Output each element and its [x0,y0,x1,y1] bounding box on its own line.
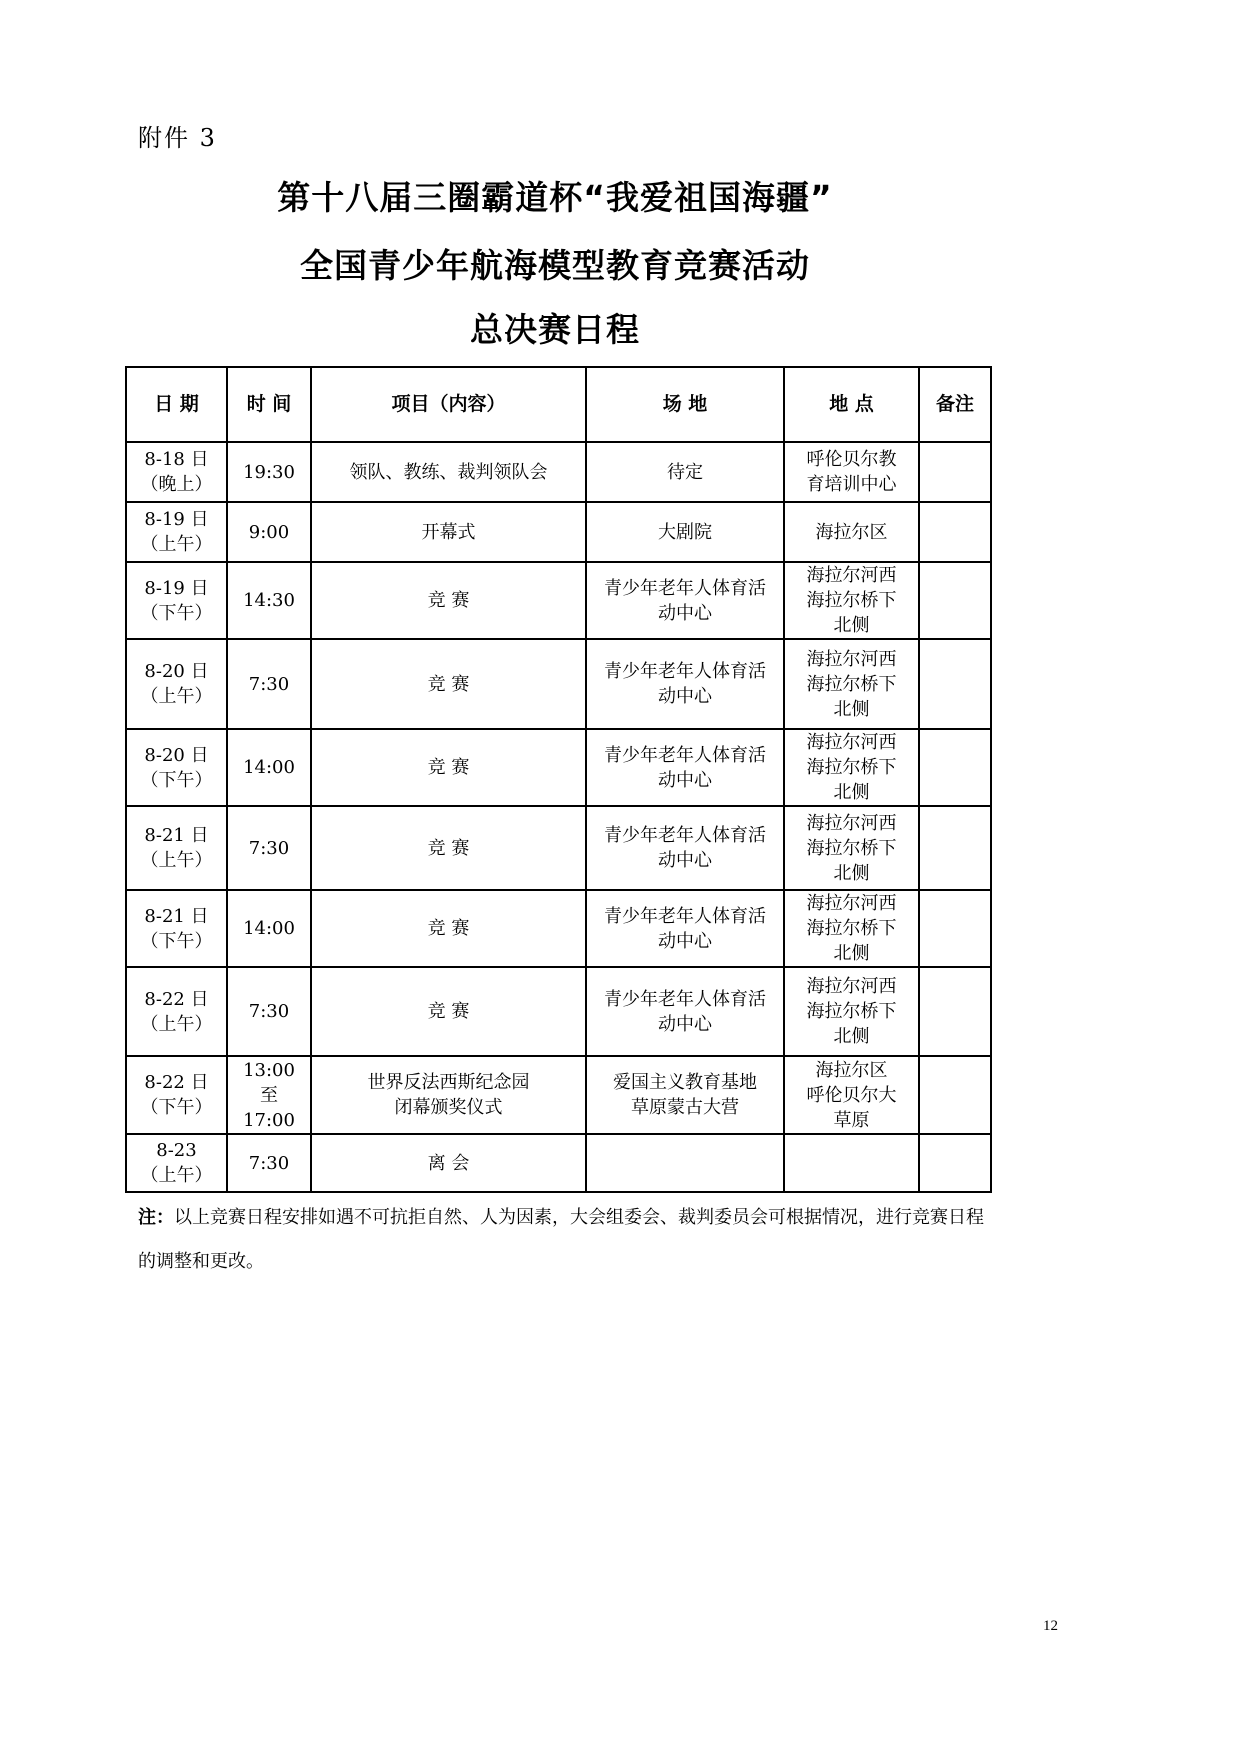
cell-location: 海拉尔区 [784,502,919,562]
cell-remark [919,562,991,639]
cell-time: 14:00 [227,890,311,967]
cell-item: 竞 赛 [311,890,586,967]
cell-date-line: （上午） [129,848,224,873]
cell-item-line: 竞 赛 [314,672,583,697]
cell-date: 8-20 日（上午） [126,639,227,729]
cell-location-line: 海拉尔区 [787,1058,916,1083]
cell-venue: 爱国主义教育基地草原蒙古大营 [586,1056,784,1134]
cell-venue: 青少年老年人体育活动中心 [586,639,784,729]
cell-remark [919,967,991,1056]
header-time: 时 间 [227,367,311,442]
table-body: 8-18 日（晚上）19:30领队、教练、裁判领队会待定呼伦贝尔教育培训中心8-… [126,442,991,1192]
cell-venue-line: 待定 [589,460,781,485]
cell-date-line: 8-20 日 [129,743,224,768]
cell-location-line: 海拉尔河西 [787,974,916,999]
schedule-table: 日 期 时 间 项目（内容） 场 地 地 点 备注 8-18 日（晚上）19:3… [125,366,992,1193]
cell-remark [919,890,991,967]
cell-location-line: 海拉尔河西 [787,563,916,588]
cell-date: 8-21 日（下午） [126,890,227,967]
cell-location: 海拉尔河西海拉尔桥下北侧 [784,639,919,729]
cell-time-line: 9:00 [230,520,308,545]
cell-venue: 青少年老年人体育活动中心 [586,562,784,639]
cell-time: 7:30 [227,1134,311,1192]
cell-remark [919,1056,991,1134]
table-row: 8-19 日（上午）9:00开幕式大剧院海拉尔区 [126,502,991,562]
cell-time: 19:30 [227,442,311,502]
table-row: 8-23（上午）7:30离 会 [126,1134,991,1192]
cell-location-line: 育培训中心 [787,472,916,497]
cell-time: 14:30 [227,562,311,639]
cell-venue-line: 青少年老年人体育活 [589,987,781,1012]
cell-venue-line: 动中心 [589,684,781,709]
cell-date-line: （上午） [129,1163,224,1188]
cell-venue-line: 动中心 [589,848,781,873]
cell-item: 离 会 [311,1134,586,1192]
cell-time: 14:00 [227,729,311,806]
cell-location-line: 海拉尔河西 [787,730,916,755]
cell-location-line: 海拉尔桥下 [787,836,916,861]
cell-location-line: 海拉尔桥下 [787,916,916,941]
cell-date-line: （下午） [129,929,224,954]
cell-location: 呼伦贝尔教育培训中心 [784,442,919,502]
cell-item: 竞 赛 [311,562,586,639]
cell-venue: 大剧院 [586,502,784,562]
cell-time-line: 7:30 [230,999,308,1024]
cell-date-line: 8-18 日 [129,447,224,472]
cell-time-line: 7:30 [230,672,308,697]
cell-remark [919,502,991,562]
cell-date: 8-23（上午） [126,1134,227,1192]
header-venue: 场 地 [586,367,784,442]
cell-location: 海拉尔河西海拉尔桥下北侧 [784,806,919,890]
cell-location-line: 呼伦贝尔教 [787,447,916,472]
cell-venue-line: 草原蒙古大营 [589,1095,781,1120]
footnote: 注：以上竞赛日程安排如遇不可抗拒自然、人为因素，大会组委会、裁判委员会可根据情况… [138,1196,988,1284]
title-line-1: 第十八届三圈霸道杯“我爱祖国海疆” [0,172,1110,219]
cell-remark [919,639,991,729]
cell-time-line: 19:30 [230,460,308,485]
cell-item-line: 闭幕颁奖仪式 [314,1095,583,1120]
cell-time-line: 14:00 [230,755,308,780]
cell-venue: 青少年老年人体育活动中心 [586,890,784,967]
cell-date: 8-21 日（上午） [126,806,227,890]
cell-item-line: 世界反法西斯纪念园 [314,1070,583,1095]
cell-location-line: 海拉尔桥下 [787,999,916,1024]
cell-location-line: 草原 [787,1108,916,1133]
table-row: 8-22 日（上午）7:30竞 赛青少年老年人体育活动中心海拉尔河西海拉尔桥下北… [126,967,991,1056]
cell-venue-line: 动中心 [589,768,781,793]
cell-location: 海拉尔河西海拉尔桥下北侧 [784,890,919,967]
cell-location: 海拉尔区呼伦贝尔大草原 [784,1056,919,1134]
table-row: 8-22 日（下午）13:00至17:00世界反法西斯纪念园闭幕颁奖仪式爱国主义… [126,1056,991,1134]
cell-item: 领队、教练、裁判领队会 [311,442,586,502]
header-item: 项目（内容） [311,367,586,442]
cell-location-line: 北侧 [787,613,916,638]
cell-date-line: 8-20 日 [129,659,224,684]
cell-item-line: 离 会 [314,1151,583,1176]
cell-location-line: 海拉尔区 [787,520,916,545]
cell-date-line: （晚上） [129,472,224,497]
cell-item-line: 竞 赛 [314,755,583,780]
cell-location: 海拉尔河西海拉尔桥下北侧 [784,967,919,1056]
table-row: 8-18 日（晚上）19:30领队、教练、裁判领队会待定呼伦贝尔教育培训中心 [126,442,991,502]
cell-location-line: 海拉尔桥下 [787,588,916,613]
table-row: 8-21 日（上午）7:30竞 赛青少年老年人体育活动中心海拉尔河西海拉尔桥下北… [126,806,991,890]
cell-venue: 青少年老年人体育活动中心 [586,967,784,1056]
cell-item: 世界反法西斯纪念园闭幕颁奖仪式 [311,1056,586,1134]
cell-venue-line: 青少年老年人体育活 [589,823,781,848]
annex-label: 附件 3 [138,118,217,153]
cell-item-line: 竞 赛 [314,836,583,861]
cell-location-line: 北侧 [787,697,916,722]
table-row: 8-19 日（下午）14:30竞 赛青少年老年人体育活动中心海拉尔河西海拉尔桥下… [126,562,991,639]
cell-date-line: （下午） [129,1095,224,1120]
cell-venue-line: 青少年老年人体育活 [589,743,781,768]
cell-venue [586,1134,784,1192]
cell-date-line: 8-19 日 [129,576,224,601]
cell-time: 7:30 [227,806,311,890]
cell-date-line: （上午） [129,684,224,709]
cell-item-line: 领队、教练、裁判领队会 [314,460,583,485]
cell-time-line: 14:30 [230,588,308,613]
cell-date-line: 8-22 日 [129,1070,224,1095]
cell-date: 8-20 日（下午） [126,729,227,806]
cell-date: 8-22 日（下午） [126,1056,227,1134]
cell-date-line: （下午） [129,601,224,626]
cell-location-line: 海拉尔河西 [787,647,916,672]
cell-time: 9:00 [227,502,311,562]
cell-time-line: 14:00 [230,916,308,941]
cell-date-line: 8-19 日 [129,507,224,532]
cell-venue: 青少年老年人体育活动中心 [586,729,784,806]
cell-item: 开幕式 [311,502,586,562]
cell-location: 海拉尔河西海拉尔桥下北侧 [784,729,919,806]
cell-remark [919,729,991,806]
cell-date-line: 8-21 日 [129,823,224,848]
cell-item: 竞 赛 [311,639,586,729]
cell-remark [919,806,991,890]
cell-time-line: 7:30 [230,1151,308,1176]
cell-item-line: 竞 赛 [314,916,583,941]
cell-time: 13:00至17:00 [227,1056,311,1134]
cell-time-line: 17:00 [230,1108,308,1133]
cell-date-line: 8-23 [129,1138,224,1163]
cell-item-line: 竞 赛 [314,588,583,613]
cell-location-line: 北侧 [787,861,916,886]
cell-time-line: 13:00 [230,1058,308,1083]
cell-remark [919,1134,991,1192]
cell-location-line: 呼伦贝尔大 [787,1083,916,1108]
cell-date-line: （下午） [129,768,224,793]
cell-venue-line: 青少年老年人体育活 [589,659,781,684]
cell-time-line: 7:30 [230,836,308,861]
cell-venue-line: 青少年老年人体育活 [589,576,781,601]
cell-venue-line: 动中心 [589,1012,781,1037]
cell-location: 海拉尔河西海拉尔桥下北侧 [784,562,919,639]
table-row: 8-20 日（上午）7:30竞 赛青少年老年人体育活动中心海拉尔河西海拉尔桥下北… [126,639,991,729]
cell-location-line: 北侧 [787,941,916,966]
cell-date: 8-19 日（上午） [126,502,227,562]
table-row: 8-21 日（下午）14:00竞 赛青少年老年人体育活动中心海拉尔河西海拉尔桥下… [126,890,991,967]
table-row: 8-20 日（下午）14:00竞 赛青少年老年人体育活动中心海拉尔河西海拉尔桥下… [126,729,991,806]
cell-location [784,1134,919,1192]
cell-location-line: 海拉尔桥下 [787,755,916,780]
cell-location-line: 海拉尔桥下 [787,672,916,697]
cell-time: 7:30 [227,639,311,729]
title-line-2: 全国青少年航海模型教育竞赛活动 [0,240,1110,287]
cell-time-line: 至 [230,1083,308,1108]
cell-item-line: 竞 赛 [314,999,583,1024]
cell-location-line: 北侧 [787,1024,916,1049]
footnote-label: 注： [138,1207,174,1228]
cell-location-line: 北侧 [787,780,916,805]
cell-date-line: 8-22 日 [129,987,224,1012]
cell-venue-line: 动中心 [589,929,781,954]
cell-item-line: 开幕式 [314,520,583,545]
header-remark: 备注 [919,367,991,442]
cell-date: 8-22 日（上午） [126,967,227,1056]
cell-time: 7:30 [227,967,311,1056]
page-number: 12 [1043,1618,1058,1635]
cell-location-line: 海拉尔河西 [787,811,916,836]
cell-item: 竞 赛 [311,806,586,890]
cell-date-line: 8-21 日 [129,904,224,929]
cell-item: 竞 赛 [311,967,586,1056]
cell-venue: 待定 [586,442,784,502]
footnote-text: 以上竞赛日程安排如遇不可抗拒自然、人为因素，大会组委会、裁判委员会可根据情况，进… [138,1207,984,1272]
header-date: 日 期 [126,367,227,442]
title-line-3: 总决赛日程 [0,304,1110,351]
cell-date-line: （上午） [129,532,224,557]
cell-venue-line: 爱国主义教育基地 [589,1070,781,1095]
cell-date: 8-19 日（下午） [126,562,227,639]
cell-location-line: 海拉尔河西 [787,891,916,916]
cell-remark [919,442,991,502]
cell-venue-line: 青少年老年人体育活 [589,904,781,929]
cell-item: 竞 赛 [311,729,586,806]
cell-venue-line: 大剧院 [589,520,781,545]
header-location: 地 点 [784,367,919,442]
cell-date-line: （上午） [129,1012,224,1037]
cell-venue: 青少年老年人体育活动中心 [586,806,784,890]
cell-date: 8-18 日（晚上） [126,442,227,502]
cell-venue-line: 动中心 [589,601,781,626]
table-header-row: 日 期 时 间 项目（内容） 场 地 地 点 备注 [126,367,991,442]
